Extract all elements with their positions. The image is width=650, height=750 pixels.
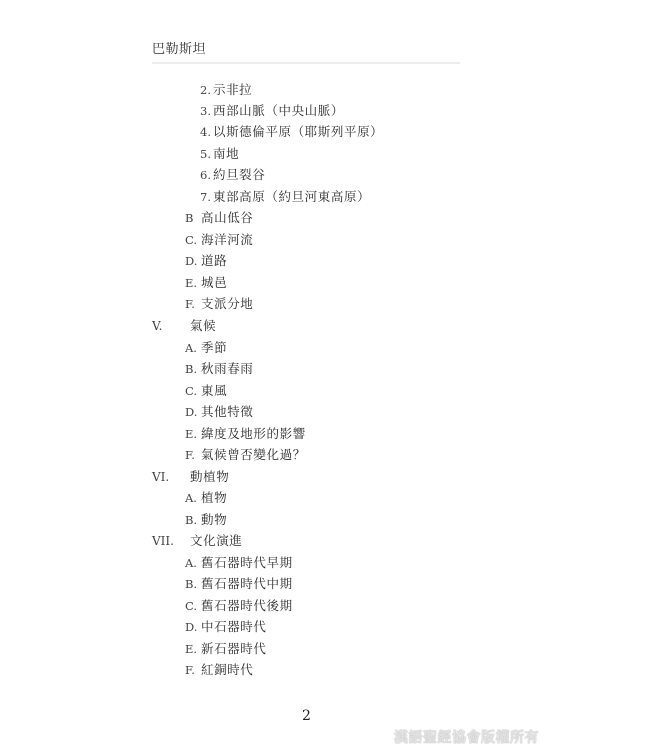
outline-item-text: 文化演進 — [190, 531, 242, 551]
outline-item-text: 以斯德倫平原（耶斯列平原） — [213, 122, 383, 142]
outline-item-text: 季節 — [201, 338, 227, 358]
outline-item-marker: 2. — [200, 80, 211, 100]
outline-item-marker: C. — [185, 230, 199, 250]
outline-item-marker: 4. — [200, 122, 211, 142]
outline-item-text: 支派分地 — [201, 294, 253, 314]
outline-item-text: 紅銅時代 — [201, 660, 253, 680]
outline-item-text: 動植物 — [190, 467, 229, 487]
outline-item-level-2: D.其他特徵 — [185, 402, 253, 422]
outline-item-level-2: F.支派分地 — [185, 294, 253, 314]
outline-item-marker: B. — [185, 574, 199, 594]
outline-item-level-2: B.秋雨春雨 — [185, 359, 253, 379]
outline-item-level-1: VII.文化演進 — [152, 531, 242, 551]
outline-item-marker: E. — [185, 273, 199, 293]
outline-item-level-2: E.城邑 — [185, 273, 227, 293]
outline-item-marker: 7. — [200, 187, 211, 207]
outline-item-text: 其他特徵 — [201, 402, 253, 422]
outline-item-marker: B. — [185, 510, 199, 530]
outline-item-marker: F. — [185, 660, 199, 680]
outline-item-marker: D. — [185, 251, 199, 271]
outline-item-level-3: 6.約旦裂谷 — [200, 165, 265, 185]
outline-item-marker: 6. — [200, 165, 211, 185]
outline-item-level-2: C.舊石器時代後期 — [185, 596, 293, 616]
outline-item-text: 道路 — [201, 251, 227, 271]
outline-item-marker: 3. — [200, 101, 211, 121]
outline-item-marker: D. — [185, 617, 199, 637]
outline-item-text: 動物 — [201, 510, 227, 530]
outline-item-text: 西部山脈（中央山脈） — [213, 101, 344, 121]
outline-item-level-3: 2.示非拉 — [200, 80, 252, 100]
outline-item-level-3: 3.西部山脈（中央山脈） — [200, 101, 344, 121]
outline-item-marker: VII. — [152, 531, 190, 551]
outline-item-marker: V. — [152, 316, 190, 336]
outline-item-text: 中石器時代 — [201, 617, 267, 637]
outline-item-text: 城邑 — [201, 273, 227, 293]
outline-item-marker: C. — [185, 381, 199, 401]
outline-item-marker: C. — [185, 596, 199, 616]
outline-item-level-2: D.道路 — [185, 251, 227, 271]
outline-item-level-2: A.舊石器時代早期 — [185, 553, 293, 573]
outline-item-marker: F. — [185, 294, 199, 314]
outline-item-text: 氣候 — [190, 316, 216, 336]
outline-item-level-2: E.緯度及地形的影響 — [185, 424, 306, 444]
outline-item-level-2: F.紅銅時代 — [185, 660, 253, 680]
outline-item-level-1: VI.動植物 — [152, 467, 229, 487]
outline-item-marker: 5. — [200, 144, 211, 164]
outline-item-text: 高山低谷 — [201, 208, 253, 228]
outline-item-level-3: 5.南地 — [200, 144, 239, 164]
outline-item-marker: E. — [185, 639, 199, 659]
outline-item-text: 南地 — [213, 144, 239, 164]
page-number: 2 — [302, 708, 311, 724]
outline-item-level-2: A.季節 — [185, 338, 227, 358]
outline-item-level-2: C.海洋河流 — [185, 230, 253, 250]
outline-item-marker: D. — [185, 402, 199, 422]
outline-item-level-2: E.新石器時代 — [185, 639, 267, 659]
outline-item-marker: B. — [185, 359, 199, 379]
outline-item-marker: F. — [185, 445, 199, 465]
outline-item-level-2: B高山低谷 — [185, 208, 253, 228]
outline-item-level-1: V.氣候 — [152, 316, 216, 336]
outline-item-level-2: B.動物 — [185, 510, 227, 530]
outline-item-level-3: 7.東部高原（約旦河東高原） — [200, 187, 370, 207]
outline-item-level-2: B.舊石器時代中期 — [185, 574, 293, 594]
outline-item-text: 東部高原（約旦河東高原） — [213, 187, 370, 207]
outline-item-level-2: A.植物 — [185, 488, 227, 508]
outline-item-marker: A. — [185, 338, 199, 358]
outline-item-level-2: C.東風 — [185, 381, 227, 401]
outline-item-text: 示非拉 — [213, 80, 252, 100]
outline-item-level-2: D.中石器時代 — [185, 617, 267, 637]
outline-item-marker: B — [185, 208, 199, 228]
running-head-title: 巴勒斯坦 — [152, 38, 206, 57]
outline-item-marker: A. — [185, 488, 199, 508]
outline-item-text: 海洋河流 — [201, 230, 253, 250]
outline-item-marker: E. — [185, 424, 199, 444]
outline-item-marker: VI. — [152, 467, 190, 487]
outline-item-text: 秋雨春雨 — [201, 359, 253, 379]
header-divider — [152, 62, 460, 64]
outline-item-text: 舊石器時代早期 — [201, 553, 293, 573]
outline-item-marker: A. — [185, 553, 199, 573]
outline-item-text: 東風 — [201, 381, 227, 401]
outline-item-level-2: F.氣候曾否變化過？ — [185, 445, 306, 465]
outline-item-text: 舊石器時代中期 — [201, 574, 293, 594]
outline-item-text: 植物 — [201, 488, 227, 508]
outline-item-text: 舊石器時代後期 — [201, 596, 293, 616]
outline-item-text: 氣候曾否變化過？ — [201, 445, 306, 465]
outline-item-text: 新石器時代 — [201, 639, 267, 659]
outline-item-text: 緯度及地形的影響 — [201, 424, 306, 444]
outline-item-text: 約旦裂谷 — [213, 165, 265, 185]
copyright-watermark: 漢語聖經協會版權所有 — [394, 727, 539, 747]
outline-item-level-3: 4.以斯德倫平原（耶斯列平原） — [200, 122, 383, 142]
